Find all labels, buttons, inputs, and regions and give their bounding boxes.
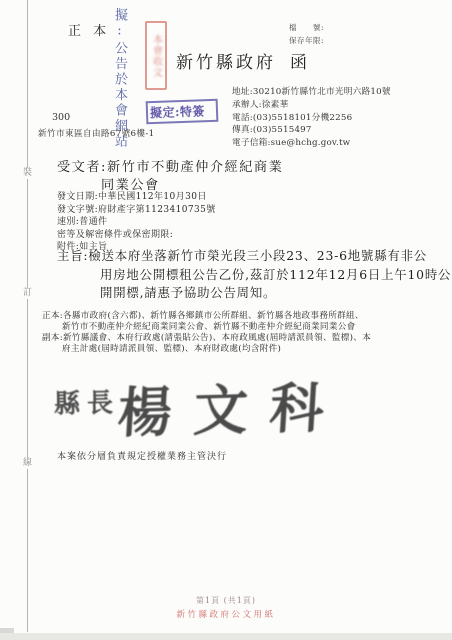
subject-line-2: 用房地公開標租公告乙份,茲訂於112年12月6日上午10時公 <box>57 266 451 285</box>
cc-copies-line-2: 府主計處(屆時請派員領、監標)、本府財政處(均含附件) <box>42 344 371 355</box>
contact-address: 地址:30210新竹縣竹北市光明六路10號 <box>232 86 391 99</box>
subject-block: 主旨:檢送本府坐落新竹市榮光段三小段23、23-6地號縣有非公 用房地公開標租公… <box>57 247 451 303</box>
recipient-zip: 300 <box>52 112 70 123</box>
side-annotation: 擬:公告於本會網站 <box>109 8 129 163</box>
official-letter-page: 裝 訂 線 正 本 擬:公告於本會網站 本會收文 新竹縣政府 函 檔 號: 保存… <box>0 0 452 640</box>
footer-paper-name: 新竹縣政府公文用紙 <box>0 608 452 620</box>
subject-line-3: 開開標,請惠予協助公告周知。 <box>57 284 451 303</box>
file-number-label: 檔 號: <box>289 21 324 34</box>
signature-title: 縣長 <box>54 382 121 420</box>
meta-security: 密等及解密條件或保密期限: <box>57 229 216 242</box>
meta-speed: 速別:普通件 <box>57 216 216 229</box>
contact-fax: 傳真:(03)5515497 <box>232 124 391 137</box>
footer-page-number: 第1頁 (共1頁) <box>0 595 452 606</box>
contact-phone: 電話:(03)5518101分機2256 <box>232 112 391 125</box>
approval-stamp: 擬定:特簽 <box>146 99 219 124</box>
contact-email: 電子信箱:sue@hchg.gov.tw <box>232 137 391 150</box>
binding-mark-ding: 訂 <box>20 288 35 299</box>
recipient-line-1: 受文者:新竹市不動產仲介經紀商業 <box>57 156 283 175</box>
cc-copies-line-1: 副本:新竹縣議會、本府行政處(請張貼公告)、本府政風處(屆時請派員領、監標)、本 <box>42 333 371 344</box>
document-type: 函 <box>290 48 310 73</box>
binding-line <box>27 0 28 632</box>
document-meta: 發文日期:中華民國112年10月30日 發文字號:府財產字第1123410735… <box>57 191 216 254</box>
retention-label: 保存年限: <box>289 34 324 47</box>
scan-artifact-bottom-edge <box>0 633 452 640</box>
delegation-note: 本案依分層負責規定授權業務主管決行 <box>57 449 227 462</box>
copies-block: 正本:各縣市政府(含六都)、新竹縣各鄉鎮市公所群組、新竹縣各地政事務所群組、 新… <box>42 311 371 355</box>
contact-handler: 承辦人:徐素華 <box>232 99 391 112</box>
original-copies-line-1: 正本:各縣市政府(含六都)、新竹縣各鄉鎮市公所群組、新竹縣各地政事務所群組、 <box>42 311 371 322</box>
meta-number: 發文字號:府財產字第1123410735號 <box>57 204 216 217</box>
file-number-block: 檔 號: 保存年限: <box>289 21 324 47</box>
received-stamp-text: 本會收文 <box>149 34 164 78</box>
binding-mark-xian: 線 <box>20 458 35 469</box>
original-copies-line-2: 新竹市不動產仲介經紀商業同業公會、新竹縣不動產仲介經紀商業同業公會 <box>42 322 371 333</box>
signature-name: 楊文科 <box>116 365 349 448</box>
binding-mark-zhuang: 裝 <box>20 168 35 179</box>
recipient-street-address: 新竹市東區自由路67號6樓-1 <box>38 127 154 139</box>
received-stamp: 本會收文 <box>145 21 167 90</box>
copy-type-label: 正 本 <box>68 20 110 39</box>
document-header: 新竹縣政府 函 <box>176 48 310 73</box>
contact-block: 地址:30210新竹縣竹北市光明六路10號 承辦人:徐素華 電話:(03)551… <box>232 86 391 150</box>
subject-line-1: 主旨:檢送本府坐落新竹市榮光段三小段23、23-6地號縣有非公 <box>57 247 451 266</box>
agency-name: 新竹縣政府 <box>176 48 276 73</box>
meta-date: 發文日期:中華民國112年10月30日 <box>57 191 216 204</box>
